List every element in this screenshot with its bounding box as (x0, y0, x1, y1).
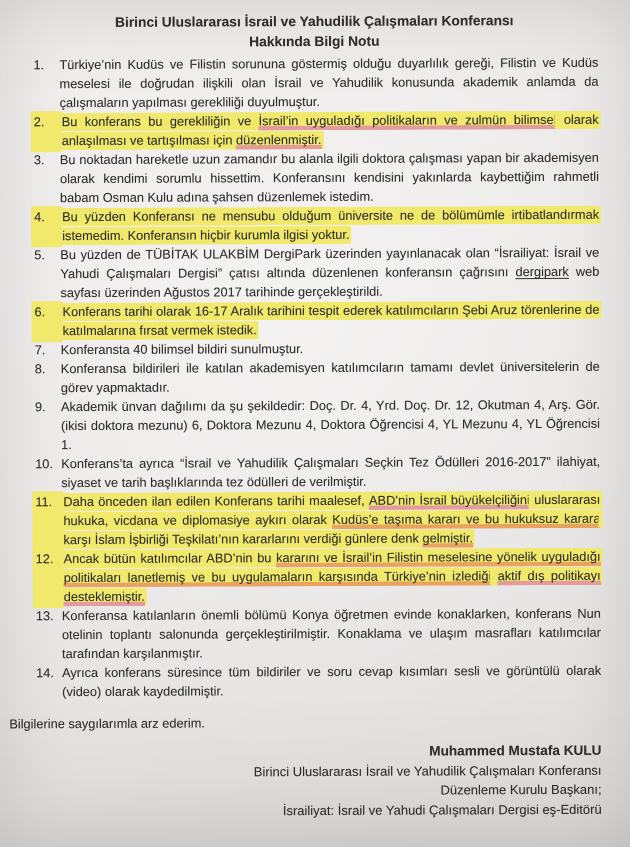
list-item: 10. Konferans’ta ayrıca “İsrail ve Yahud… (35, 452, 600, 492)
item-number: 2. (31, 111, 62, 152)
document-title: Birinci Uluslararası İsrail ve Yahudilik… (30, 11, 598, 53)
item-text: Bu yüzden de TÜBİTAK ULAKBİM DergiPark ü… (60, 243, 599, 302)
list-item: 8. Konferansa bildirileri ile katılan ak… (35, 357, 600, 397)
item-text: Türkiye’nin Kudüs ve Filistin sorununa g… (59, 53, 598, 112)
item-text-highlighted: Bu konferans bu gerekliliğin ve İsrail’i… (62, 110, 599, 150)
signature-block: Muhammed Mustafa KULU Birinci Uluslarara… (9, 741, 601, 822)
item-number: 7. (35, 340, 61, 359)
list-item: 14. Ayrıca konferans süresince tüm bildi… (36, 661, 601, 701)
item-number: 9. (35, 397, 61, 454)
item-number: 1. (33, 55, 59, 112)
item-text: Ayrıca konferans süresince tüm bildirile… (62, 661, 601, 701)
item-number: 6. (31, 301, 62, 342)
list-item: 2. Bu konferans bu gerekliliğin ve İsrai… (34, 110, 599, 150)
item-text: Konferansta 40 bilimsel bildiri sunulmuş… (61, 338, 600, 359)
item-number: 8. (35, 359, 61, 397)
list-item: 7. Konferansta 40 bilimsel bildiri sunul… (35, 338, 600, 359)
list-item: 3. Bu noktadan hareketle uzun zamandır b… (34, 148, 599, 207)
list-item: 5. Bu yüzden de TÜBİTAK ULAKBİM DergiPar… (34, 243, 599, 302)
signature-name: Muhammed Mustafa KULU (9, 741, 601, 763)
item-number: 5. (34, 245, 60, 302)
pink-underlined-text: ABD’nin İsrail büyükelçiliğini (367, 491, 532, 510)
item-text: Konferansa katılanların önemli bölümü Ko… (62, 604, 601, 663)
list-item: 12. Ancak bütün katılımcılar ABD’nin bu … (36, 547, 601, 606)
orange-underlined-text: gelmiştir. (420, 529, 475, 547)
document-title-line1: Birinci Uluslararası İsrail ve Yahudilik… (30, 11, 598, 33)
list-item: 11. Daha önceden ilan edilen Konferans t… (35, 490, 600, 549)
document-photo: Birinci Uluslararası İsrail ve Yahudilik… (0, 0, 630, 847)
item-text-highlighted: Ancak bütün katılımcılar ABD’nin bu kara… (64, 547, 601, 606)
item-text: Bu noktadan hareketle uzun zamandır bu a… (60, 148, 599, 207)
item-number: 4. (31, 206, 62, 247)
item-text: Konferans’ta ayrıca “İsrail ve Yahudilik… (61, 452, 600, 492)
item-text-highlighted: Daha önceden ilan edilen Konferans tarih… (63, 490, 600, 549)
item-number: 13. (36, 606, 62, 663)
signature-role-2: İsrailiyat: İsrail ve Yahudi Çalışmaları… (10, 799, 602, 821)
item-number: 3. (34, 150, 60, 207)
item-text: Akademik ünvan dağılımı da şu şekildedir… (61, 395, 600, 454)
list-item: 4. Bu yüzden Konferansı ne mensubu olduğ… (34, 205, 599, 245)
item-number: 12. (33, 548, 64, 608)
memo-document: Birinci Uluslararası İsrail ve Yahudilik… (0, 0, 630, 847)
orange-underlined-text: Kudüs’e taşıma kararı ve bu hukuksuz kar… (330, 510, 602, 529)
underlined-word-dergipark: dergipark (515, 264, 568, 279)
document-title-line2: Hakkında Bilgi Notu (30, 31, 598, 53)
signature-role: Düzenleme Kurulu Başkanı; (10, 780, 602, 802)
list-item: 1. Türkiye’nin Kudüs ve Filistin sorunun… (33, 53, 598, 112)
item-text: Konferansa bildirileri ile katılan akade… (61, 357, 600, 397)
item-text-highlighted: Konferans tarihi olarak 16-17 Aralık tar… (62, 300, 599, 340)
list-item: 6. Konferans tarihi olarak 16-17 Aralık … (34, 300, 599, 340)
item-number: 10. (35, 454, 61, 492)
item-text-highlighted: Bu yüzden Konferansı ne mensubu olduğum … (62, 205, 599, 245)
list-item: 9. Akademik ünvan dağılımı da şu şekilde… (35, 395, 600, 454)
pink-underlined-text: düzenlenmiştir. (234, 131, 323, 149)
numbered-list: 1. Türkiye’nin Kudüs ve Filistin sorunun… (6, 53, 601, 702)
closing-line: Bilgilerine saygılarımla arz ederim. (9, 712, 601, 734)
item-number: 14. (36, 663, 62, 701)
pink-underlined-text: İsrail’in uyguladığı politikaların ve zu… (257, 111, 559, 130)
signature-org: Birinci Uluslararası İsrail ve Yahudilik… (9, 760, 601, 782)
item-number: 11. (32, 491, 63, 551)
list-item: 13. Konferansa katılanların önemli bölüm… (36, 604, 601, 663)
